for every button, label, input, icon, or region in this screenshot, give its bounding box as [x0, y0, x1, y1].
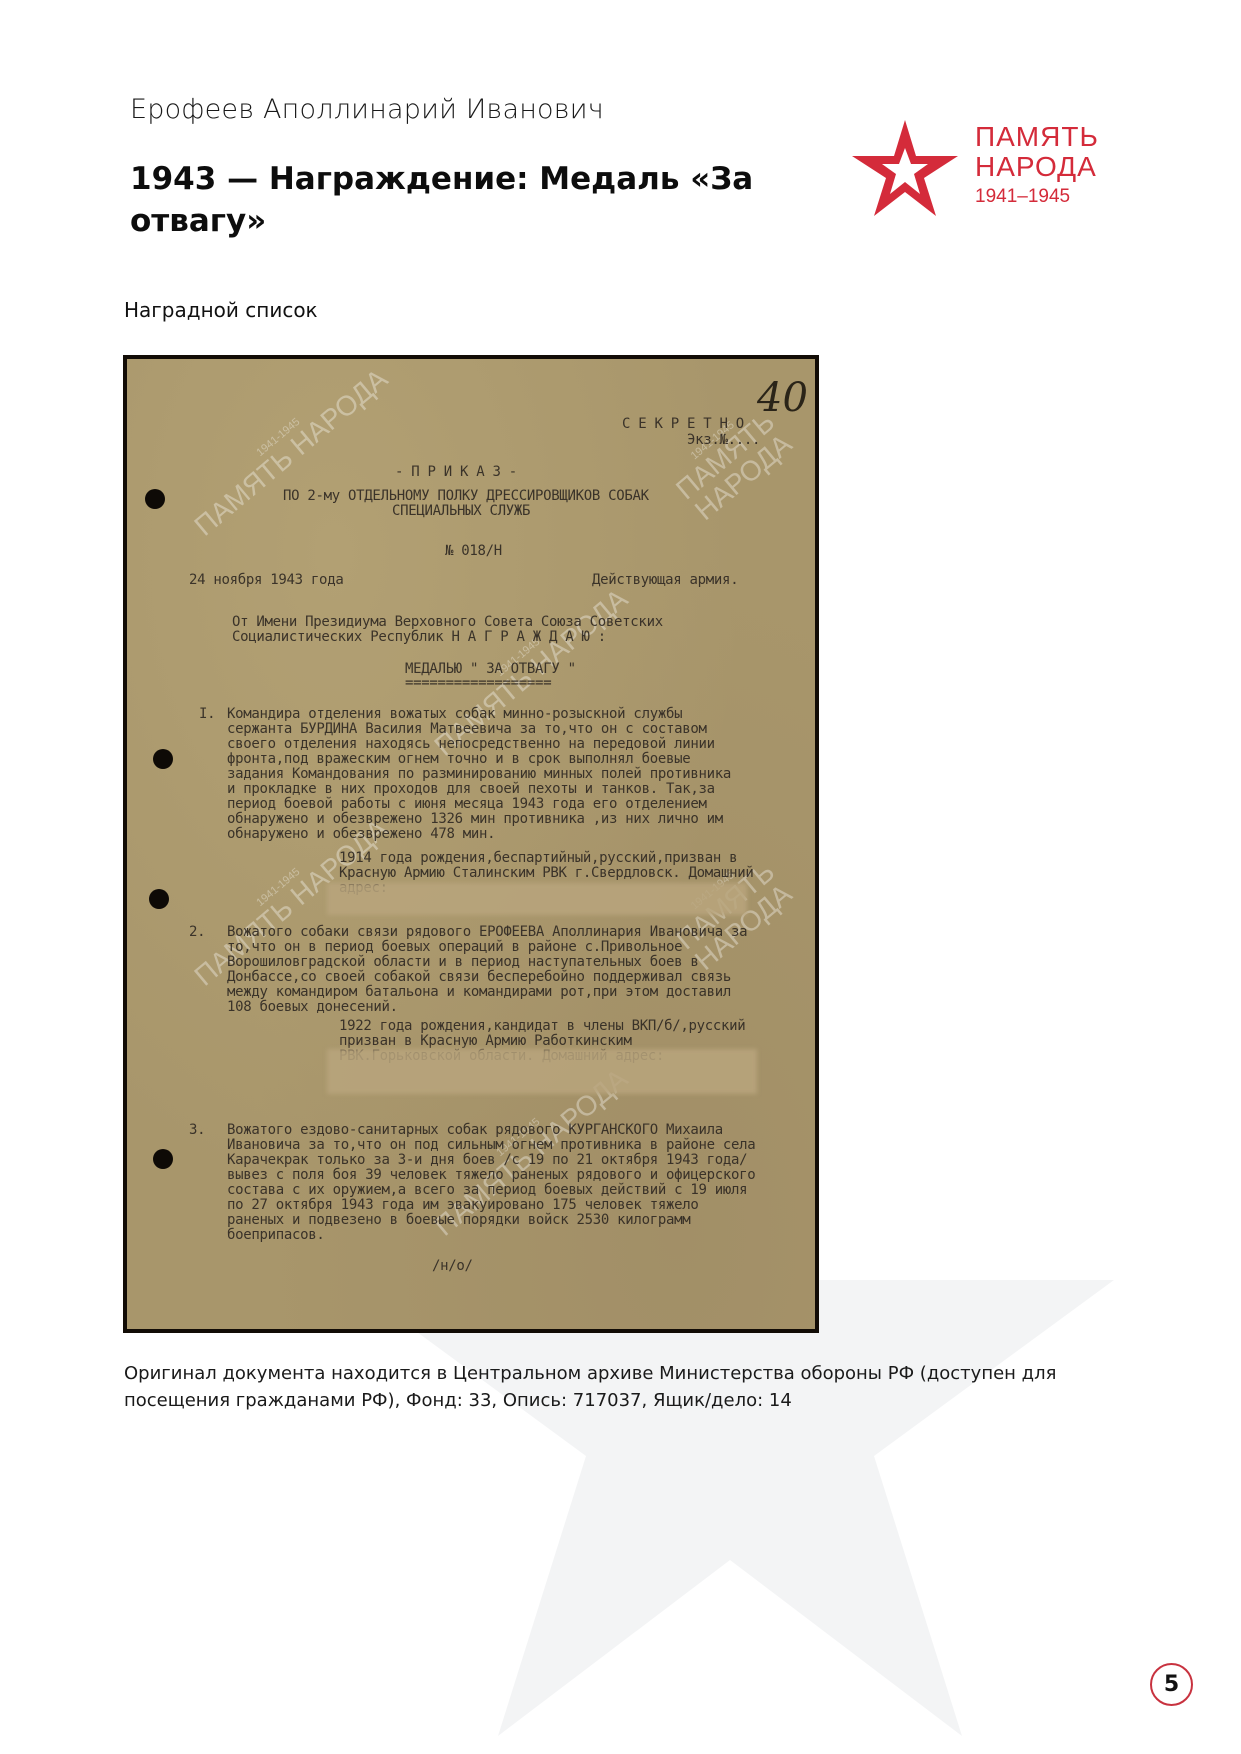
logo-line-naroda: НАРОДА: [975, 152, 1099, 182]
order-date: 24 ноября 1943 года: [189, 573, 343, 588]
entry-text: Вожатого собаки связи рядового ЕРОФЕЕВА …: [227, 925, 757, 1015]
punch-hole: [145, 489, 165, 509]
entry-number: I.: [199, 707, 215, 722]
order-title: - П Р И К А З -: [395, 465, 517, 480]
punch-hole: [149, 889, 169, 909]
preamble-line-2: Социалистических Республик Н А Г Р А Ж Д…: [232, 630, 606, 645]
logo-line-pamyat: ПАМЯТЬ: [975, 122, 1099, 152]
order-location: Действующая армия.: [592, 573, 738, 588]
person-name: Ерофеев Аполлинарий Иванович: [130, 94, 604, 125]
redacted-address: [327, 1049, 757, 1094]
entry-number: 3.: [189, 1123, 205, 1138]
pamyat-naroda-logo: ПАМЯТЬ НАРОДА 1941–1945: [850, 118, 1120, 218]
preamble-line-1: От Имени Президиума Верховного Совета Со…: [232, 615, 663, 630]
document-scan: 1941-1945 ПАМЯТЬ НАРОДА 1941-1945 ПАМЯТЬ…: [123, 355, 819, 1333]
punch-hole: [153, 1149, 173, 1169]
handwritten-number: 40: [757, 375, 808, 421]
logo-years: 1941–1945: [975, 184, 1099, 210]
scan-watermark: 1941-1945 ПАМЯТЬ НАРОДА: [183, 356, 393, 541]
punch-hole: [153, 749, 173, 769]
order-number: № 018/Н: [445, 544, 502, 559]
medal-underline: ==================: [405, 676, 551, 691]
award-title: 1943 — Награждение: Медаль «За отвагу»: [130, 158, 790, 242]
unit-line-1: ПО 2-му ОТДЕЛЬНОМУ ПОЛКУ ДРЕССИРОВЩИКОВ …: [283, 489, 649, 504]
signature: /н/о/: [432, 1259, 473, 1274]
red-star-logo-icon: [850, 118, 960, 218]
copy-number: Экз.№....: [687, 433, 760, 448]
entry-text: Вожатого ездово-санитарных собак рядовог…: [227, 1123, 757, 1243]
entry-number: 2.: [189, 925, 205, 940]
classification: С Е К Р Е Т Н О: [622, 417, 744, 432]
section-label: Наградной список: [124, 298, 318, 322]
redacted-address: [327, 883, 747, 915]
page-number-badge: 5: [1150, 1663, 1193, 1706]
archive-caption: Оригинал документа находится в Центральн…: [124, 1360, 1124, 1414]
unit-line-2: СПЕЦИАЛЬНЫХ СЛУЖБ: [392, 504, 530, 519]
entry-text: Командира отделения вожатых собак минно-…: [227, 707, 747, 842]
